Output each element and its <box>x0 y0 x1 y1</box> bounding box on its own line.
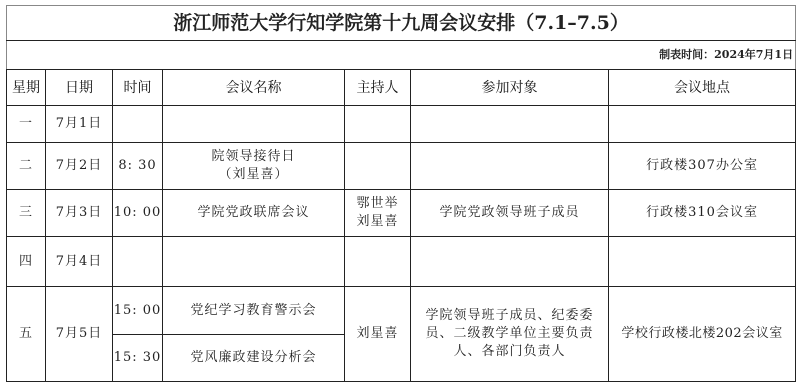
header-date: 日期 <box>46 70 113 106</box>
participants-line: 人、各部门负责人 <box>411 343 608 361</box>
document-title: 浙江师范大学行知学院第十九周会议安排（7.1–7.5） <box>7 6 796 41</box>
weekday-cell: 三 <box>7 190 46 237</box>
header-meeting-name: 会议名称 <box>163 70 345 106</box>
time-cell: 15: 30 <box>113 335 163 382</box>
table-row: 三 7月3日 10: 00 学院党政联席会议 鄂世举 刘星喜 学院党政领导班子成… <box>7 190 796 237</box>
table-row: 五 7月5日 15: 00 党纪学习教育警示会 刘星喜 学院领导班子成员、纪委委… <box>7 287 796 335</box>
participants-cell <box>411 237 609 287</box>
meeting-name-cell: 党纪学习教育警示会 <box>163 287 345 335</box>
meeting-name-cell: 党风廉政建设分析会 <box>163 335 345 382</box>
participants-cell: 学院党政领导班子成员 <box>411 190 609 237</box>
location-cell <box>609 237 796 287</box>
subtitle-row: 制表时间：2024年7月1日 <box>7 41 796 70</box>
time-cell <box>113 106 163 143</box>
location-cell <box>609 106 796 143</box>
location-cell: 行政楼307办公室 <box>609 143 796 190</box>
time-cell: 8: 30 <box>113 143 163 190</box>
header-row: 星期 日期 时间 会议名称 主持人 参加对象 会议地点 <box>7 70 796 106</box>
table-row: 一 7月1日 <box>7 106 796 143</box>
participants-line: 学院领导班子成员、纪委委 <box>411 307 608 325</box>
time-cell: 10: 00 <box>113 190 163 237</box>
title-row: 浙江师范大学行知学院第十九周会议安排（7.1–7.5） <box>7 6 796 41</box>
weekday-cell: 四 <box>7 237 46 287</box>
table-row: 四 7月4日 <box>7 237 796 287</box>
host-cell <box>345 143 411 190</box>
weekday-cell: 五 <box>7 287 46 382</box>
host-line: 鄂世举 <box>345 195 410 213</box>
weekday-cell: 二 <box>7 143 46 190</box>
meeting-name-cell: 院领导接待日 （刘星喜） <box>163 143 345 190</box>
host-cell: 鄂世举 刘星喜 <box>345 190 411 237</box>
header-host: 主持人 <box>345 70 411 106</box>
time-cell <box>113 237 163 287</box>
host-line: 刘星喜 <box>345 213 410 231</box>
participants-line: 员、二级教学单位主要负责 <box>411 325 608 343</box>
participants-cell <box>411 106 609 143</box>
host-cell <box>345 237 411 287</box>
date-cell: 7月1日 <box>46 106 113 143</box>
host-cell: 刘星喜 <box>345 287 411 382</box>
weekday-cell: 一 <box>7 106 46 143</box>
location-cell: 学校行政楼北楼202会议室 <box>609 287 796 382</box>
header-location: 会议地点 <box>609 70 796 106</box>
header-weekday: 星期 <box>7 70 46 106</box>
participants-cell: 学院领导班子成员、纪委委 员、二级教学单位主要负责 人、各部门负责人 <box>411 287 609 382</box>
meeting-name-cell: 学院党政联席会议 <box>163 190 345 237</box>
meeting-name-line: （刘星喜） <box>163 166 344 184</box>
participants-cell <box>411 143 609 190</box>
date-cell: 7月2日 <box>46 143 113 190</box>
location-cell: 行政楼310会议室 <box>609 190 796 237</box>
made-time: 制表时间：2024年7月1日 <box>7 41 796 70</box>
host-cell <box>345 106 411 143</box>
date-cell: 7月3日 <box>46 190 113 237</box>
meeting-name-cell <box>163 237 345 287</box>
date-cell: 7月4日 <box>46 237 113 287</box>
meeting-name-line: 院领导接待日 <box>163 148 344 166</box>
table-row: 二 7月2日 8: 30 院领导接待日 （刘星喜） 行政楼307办公室 <box>7 143 796 190</box>
header-participants: 参加对象 <box>411 70 609 106</box>
meeting-schedule-table: 浙江师范大学行知学院第十九周会议安排（7.1–7.5） 制表时间：2024年7月… <box>6 5 796 382</box>
time-cell: 15: 00 <box>113 287 163 335</box>
header-time: 时间 <box>113 70 163 106</box>
date-cell: 7月5日 <box>46 287 113 382</box>
meeting-name-cell <box>163 106 345 143</box>
